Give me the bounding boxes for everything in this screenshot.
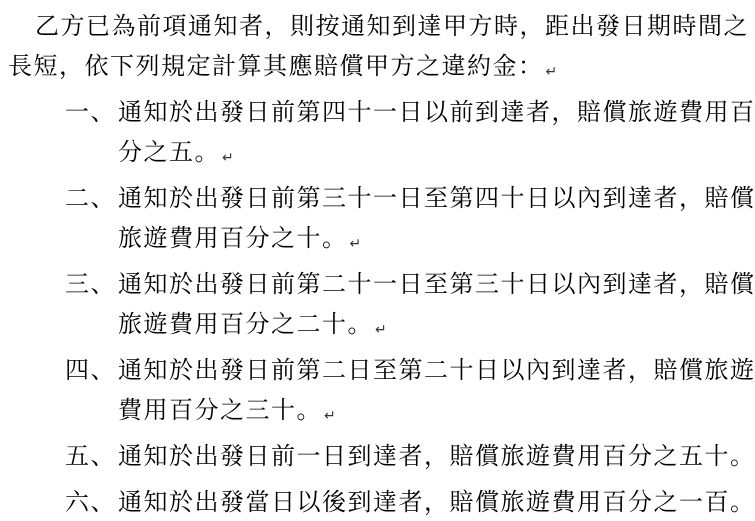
text-line: 通知於出發日前第三十一日至第四十日以內到達者，賠償 [118, 178, 747, 218]
list-item: 五、 通知於出發日前一日到達者，賠償旅遊費用百分之五十。↵ [8, 436, 747, 476]
clause-list: 一、 通知於出發日前第四十一日以前到達者，賠償旅遊費用百 分之五。↵ 二、 通知… [8, 92, 747, 521]
text-line: 通知於出發當日以後到達者，賠償旅遊費用百分之一百。↵ [118, 482, 747, 521]
list-item-text: 通知於出發日前第二十一日至第三十日以內到達者，賠償 旅遊費用百分之二十。↵ [118, 264, 747, 344]
list-item: 一、 通知於出發日前第四十一日以前到達者，賠償旅遊費用百 分之五。↵ [8, 92, 747, 172]
document-page: 乙方已為前項通知者，則按通知到達甲方時，距出發日期時間之 長短，依下列規定計算其… [0, 0, 755, 521]
list-item-number: 五、 [65, 436, 118, 476]
text-line: 通知於出發日前第二十一日至第三十日以內到達者，賠償 [118, 264, 747, 304]
list-item-number: 一、 [65, 92, 118, 172]
clause-2-line-2: 旅遊費用百分之十。 [118, 224, 348, 252]
list-item-number: 二、 [65, 178, 118, 258]
text-line: 旅遊費用百分之二十。↵ [118, 304, 747, 344]
clause-2-line-1: 通知於出發日前第三十一日至第四十日以內到達者，賠償 [118, 184, 755, 212]
list-item-number: 六、 [65, 482, 118, 521]
text-line: 長短，依下列規定計算其應賠償甲方之違約金：↵ [8, 46, 747, 86]
list-item-text: 通知於出發當日以後到達者，賠償旅遊費用百分之一百。↵ [118, 482, 747, 521]
list-item-number: 三、 [65, 264, 118, 344]
text-line: 通知於出發日前一日到達者，賠償旅遊費用百分之五十。↵ [118, 436, 747, 476]
text-line: 分之五。↵ [118, 132, 747, 172]
text-line: 旅遊費用百分之十。↵ [118, 218, 747, 258]
paragraph-return-mark: ↵ [222, 150, 234, 166]
text-line: 通知於出發日前第四十一日以前到達者，賠償旅遊費用百 [118, 92, 747, 132]
intro-line-1: 乙方已為前項通知者，則按通知到達甲方時，距出發日期時間之 [35, 12, 749, 40]
text-line: 乙方已為前項通知者，則按通知到達甲方時，距出發日期時間之 [8, 6, 747, 46]
paragraph-return-mark: ↵ [546, 64, 558, 80]
list-item-number: 四、 [65, 350, 118, 430]
list-item: 三、 通知於出發日前第二十一日至第三十日以內到達者，賠償 旅遊費用百分之二十。↵ [8, 264, 747, 344]
clause-4-line-1: 通知於出發日前第二日至第二十日以內到達者，賠償旅遊 [118, 356, 755, 384]
clause-1-line-1: 通知於出發日前第四十一日以前到達者，賠償旅遊費用百 [118, 98, 755, 126]
paragraph-return-mark: ↵ [350, 236, 362, 252]
clause-3-line-1: 通知於出發日前第二十一日至第三十日以內到達者，賠償 [118, 270, 755, 298]
list-item: 二、 通知於出發日前第三十一日至第四十日以內到達者，賠償 旅遊費用百分之十。↵ [8, 178, 747, 258]
list-item-text: 通知於出發日前第三十一日至第四十日以內到達者，賠償 旅遊費用百分之十。↵ [118, 178, 747, 258]
list-item-text: 通知於出發日前第二日至第二十日以內到達者，賠償旅遊 費用百分之三十。↵ [118, 350, 747, 430]
list-item: 六、 通知於出發當日以後到達者，賠償旅遊費用百分之一百。↵ [8, 482, 747, 521]
paragraph-return-mark: ↵ [324, 408, 336, 424]
clause-5-line-1: 通知於出發日前一日到達者，賠償旅遊費用百分之五十。 [118, 442, 755, 470]
list-item-text: 通知於出發日前第四十一日以前到達者，賠償旅遊費用百 分之五。↵ [118, 92, 747, 172]
clause-4-line-2: 費用百分之三十。 [118, 396, 322, 424]
paragraph-return-mark: ↵ [375, 322, 387, 338]
text-line: 費用百分之三十。↵ [118, 390, 747, 430]
list-item: 四、 通知於出發日前第二日至第二十日以內到達者，賠償旅遊 費用百分之三十。↵ [8, 350, 747, 430]
text-line: 通知於出發日前第二日至第二十日以內到達者，賠償旅遊 [118, 350, 747, 390]
intro-paragraph: 乙方已為前項通知者，則按通知到達甲方時，距出發日期時間之 長短，依下列規定計算其… [8, 6, 747, 86]
clause-6-line-1: 通知於出發當日以後到達者，賠償旅遊費用百分之一百。 [118, 488, 755, 516]
clause-1-line-2: 分之五。 [118, 138, 220, 166]
list-item-text: 通知於出發日前一日到達者，賠償旅遊費用百分之五十。↵ [118, 436, 747, 476]
intro-line-2: 長短，依下列規定計算其應賠償甲方之違約金： [8, 52, 544, 80]
clause-3-line-2: 旅遊費用百分之二十。 [118, 310, 373, 338]
